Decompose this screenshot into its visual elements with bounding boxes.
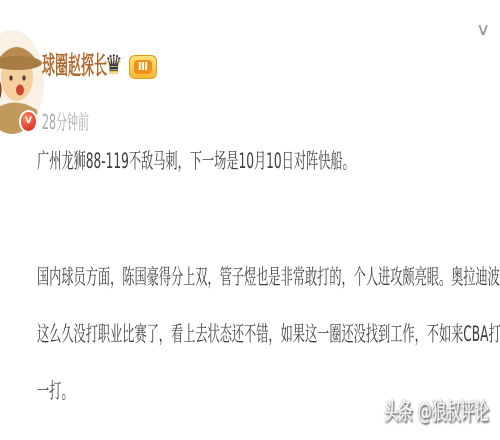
vip-level-label: Ⅲ — [134, 60, 152, 74]
post-paragraph-1: 广州龙狮88-119不敌马刺，下一场是10月10日对阵快船。 — [37, 148, 355, 174]
chevron-down-icon[interactable]: ∨ — [476, 20, 490, 40]
post-paragraph-2-line-3: 一打。 — [37, 378, 74, 404]
vip-crown-icon: ♛ — [105, 51, 123, 77]
post-timestamp: 28分钟前 — [42, 110, 89, 134]
verified-badge-icon: V — [21, 112, 36, 131]
weibo-post-screenshot: V 球圈赵探长 ♛ Ⅲ 28分钟前 ∨ 广州龙狮88-119不敌马刺，下一场是1… — [0, 0, 500, 440]
author-username[interactable]: 球圈赵探长 — [42, 52, 107, 80]
watermark: 头条 @狼叔评论 — [384, 398, 489, 426]
basketball-icon — [0, 74, 1, 106]
vip-level-badge[interactable]: Ⅲ — [129, 55, 157, 79]
post-paragraph-2-line-1: 国内球员方面，陈国豪得分上双，管子煜也是非常敢打的，个人进攻颇亮眼。奥拉迪波 — [37, 264, 500, 290]
post-paragraph-2-line-2: 这么久没打职业比赛了，看上去状态还不错，如果这一圈还没找到工作，不如来CBA打 — [37, 321, 500, 347]
